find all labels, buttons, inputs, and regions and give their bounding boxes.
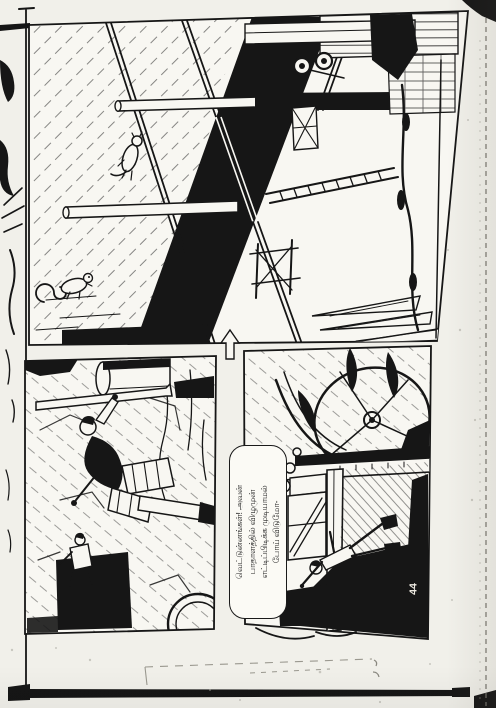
scanned-comic-page: வெட்டுன்னங்கள்! அவன் பாதாளத்தில் விழுமுன… xyxy=(0,0,496,708)
speech-bubble-line-4: போய் விடுமோ- xyxy=(270,445,282,619)
speech-bubble: வெட்டுன்னங்கள்! அவன் பாதாளத்தில் விழுமுன… xyxy=(229,445,287,619)
speech-bubble-line-3: எட்டிப்பிடிக்க முடியாமல் xyxy=(258,445,270,619)
bottom-left-panel xyxy=(25,356,228,654)
floor-shadow xyxy=(56,552,132,630)
bottom-rule xyxy=(8,684,470,701)
top-panel xyxy=(29,11,468,345)
page-number-text: 44 xyxy=(405,575,422,602)
loft-shadow-band xyxy=(255,92,392,110)
page-number: 44 xyxy=(405,575,422,602)
speech-bubble-text: வெட்டுன்னங்கள்! அவன் பாதாளத்தில் விழுமுன… xyxy=(229,445,287,619)
speech-bubble-line-2: பாதாளத்தில் விழுமுன் xyxy=(246,445,258,619)
bleed-through-marks xyxy=(145,659,379,685)
fight-scene xyxy=(25,356,228,654)
speech-bubble-line-1: வெட்டுன்னங்கள்! அவன் xyxy=(233,445,245,619)
crate xyxy=(292,106,318,150)
binding-gutter-line xyxy=(480,18,486,706)
corner-mark-bottom-right xyxy=(474,690,496,708)
